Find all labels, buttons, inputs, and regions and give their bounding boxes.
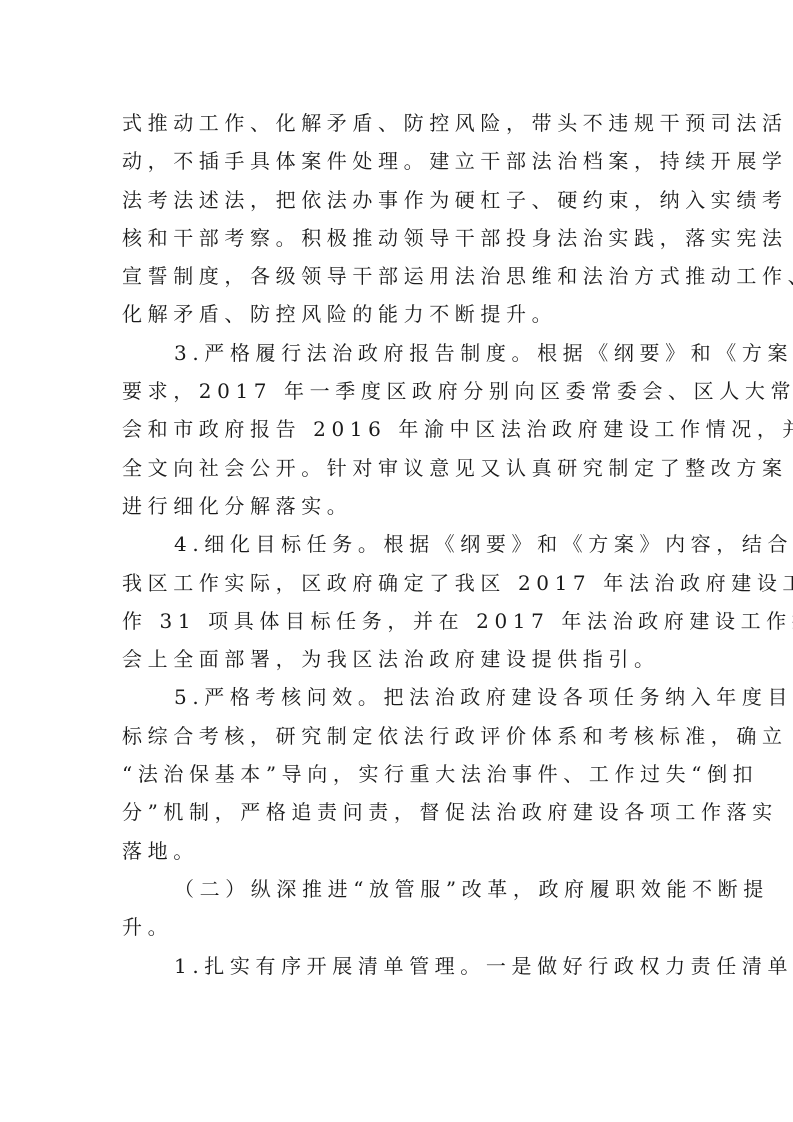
text-line: 化解矛盾、防控风险的能力不断提升。 bbox=[122, 295, 674, 333]
text-line: 落地。 bbox=[122, 832, 674, 870]
paragraph-item-4: 4.细化目标任务。根据《纲要》和《方案》内容，结合 我区工作实际，区政府确定了我… bbox=[122, 525, 674, 678]
document-page: 式推动工作、化解矛盾、防控风险，带头不违规干预司法活 动，不插手具体案件处理。建… bbox=[122, 104, 674, 985]
paragraph-item-3: 3.严格履行法治政府报告制度。根据《纲要》和《方案》 要求，2017 年一季度区… bbox=[122, 334, 674, 525]
text-line: 会上全面部署，为我区法治政府建设提供指引。 bbox=[122, 640, 674, 678]
text-line: 要求，2017 年一季度区政府分别向区委常委会、区人大常委 bbox=[122, 372, 674, 410]
heading-line: 升。 bbox=[122, 908, 674, 946]
text-line: 4.细化目标任务。根据《纲要》和《方案》内容，结合 bbox=[122, 525, 674, 563]
text-line: 宣誓制度，各级领导干部运用法治思维和法治方式推动工作、 bbox=[122, 257, 674, 295]
text-line: 法考法述法，把依法办事作为硬杠子、硬约束，纳入实绩考 bbox=[122, 181, 674, 219]
text-line: 标综合考核，研究制定依法行政评价体系和考核标准，确立 bbox=[122, 717, 674, 755]
text-line: 全文向社会公开。针对审议意见又认真研究制定了整改方案 bbox=[122, 449, 674, 487]
text-line: 动，不插手具体案件处理。建立干部法治档案，持续开展学 bbox=[122, 142, 674, 180]
section-heading-2: （二）纵深推进“放管服”改革，政府履职效能不断提 升。 bbox=[122, 870, 674, 947]
paragraph-continuation: 式推动工作、化解矛盾、防控风险，带头不违规干预司法活 动，不插手具体案件处理。建… bbox=[122, 104, 674, 334]
text-line: “法治保基本”导向，实行重大法治事件、工作过失“倒扣 bbox=[122, 755, 674, 793]
paragraph-section-2-item-1: 1.扎实有序开展清单管理。一是做好行政权力责任清单 bbox=[122, 947, 674, 985]
text-line: 我区工作实际，区政府确定了我区 2017 年法治政府建设工 bbox=[122, 564, 674, 602]
text-line: 3.严格履行法治政府报告制度。根据《纲要》和《方案》 bbox=[122, 334, 674, 372]
text-line: 5.严格考核问效。把法治政府建设各项任务纳入年度目 bbox=[122, 678, 674, 716]
text-line: 式推动工作、化解矛盾、防控风险，带头不违规干预司法活 bbox=[122, 104, 674, 142]
text-line: 进行细化分解落实。 bbox=[122, 487, 674, 525]
paragraph-item-5: 5.严格考核问效。把法治政府建设各项任务纳入年度目 标综合考核，研究制定依法行政… bbox=[122, 678, 674, 869]
text-line: 会和市政府报告 2016 年渝中区法治政府建设工作情况，并 bbox=[122, 410, 674, 448]
text-line: 作 31 项具体目标任务，并在 2017 年法治政府建设工作推进 bbox=[122, 602, 674, 640]
text-line: 核和干部考察。积极推动领导干部投身法治实践，落实宪法 bbox=[122, 219, 674, 257]
text-line: 1.扎实有序开展清单管理。一是做好行政权力责任清单 bbox=[122, 947, 674, 985]
text-line: 分”机制，严格追责问责，督促法治政府建设各项工作落实 bbox=[122, 793, 674, 831]
heading-line: （二）纵深推进“放管服”改革，政府履职效能不断提 bbox=[122, 870, 674, 908]
